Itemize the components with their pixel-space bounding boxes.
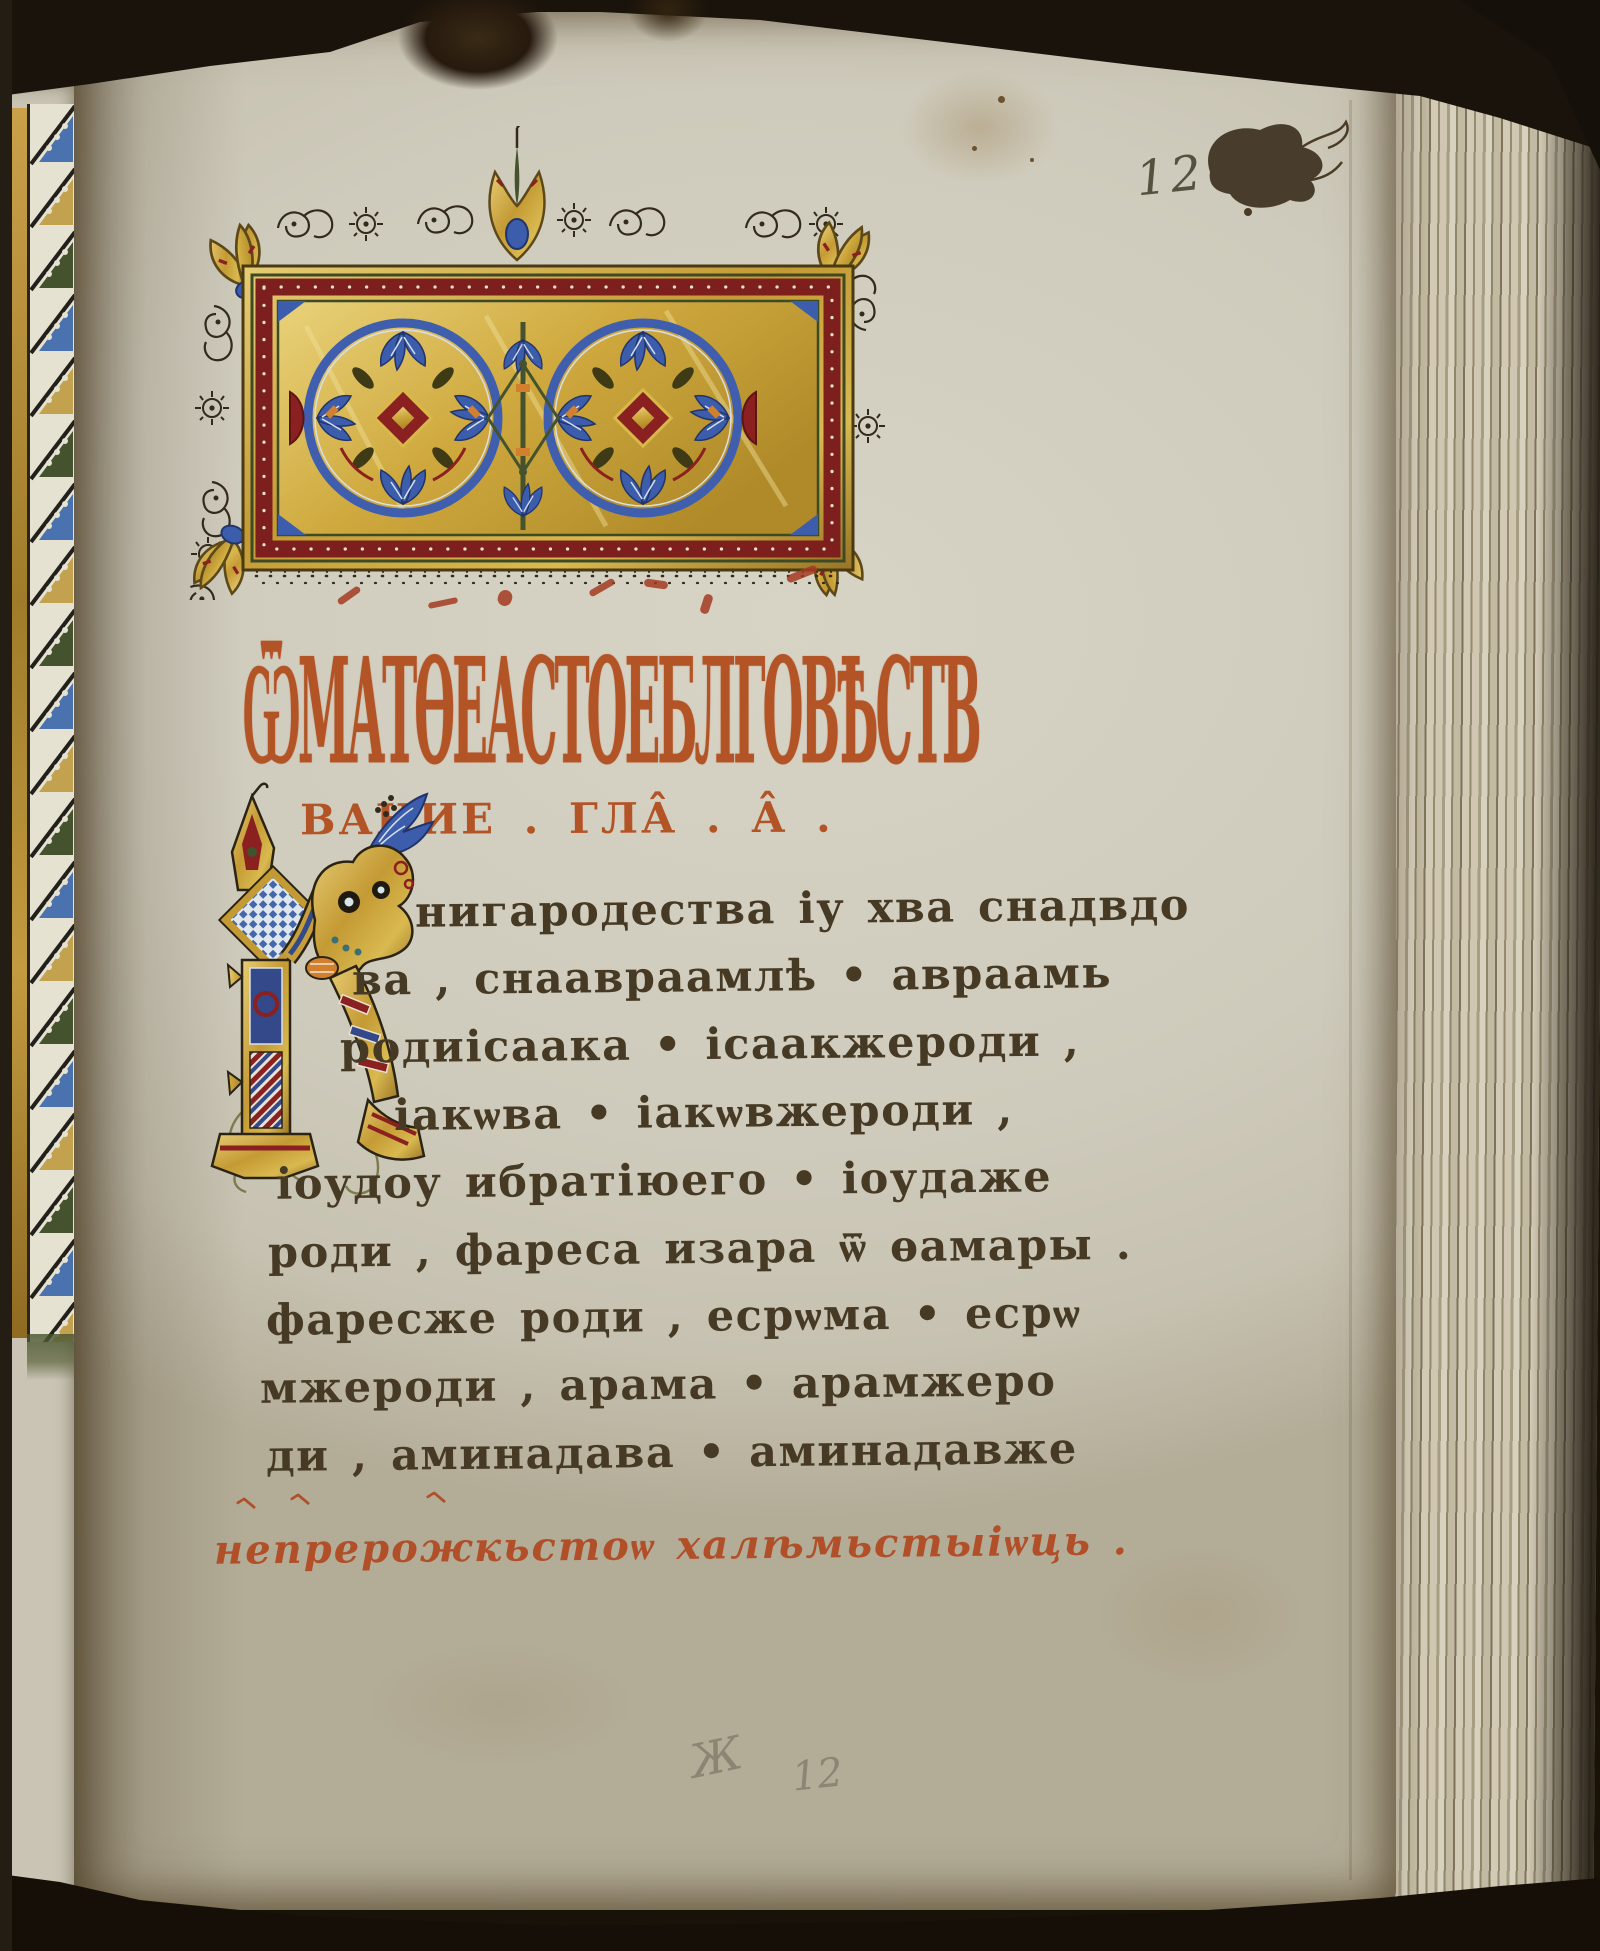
page-crease [1349, 100, 1352, 1880]
pencil-mark: Ж [685, 1725, 747, 1789]
ink-speck [972, 146, 977, 151]
parchment-stain [900, 70, 1060, 185]
gospel-title-text: ѾМАТѲЕАСТОЕБЛГОВѢСТВ [242, 626, 979, 799]
body-line: ва , снаавраамлѣ • авраамь [352, 948, 1113, 1005]
photo-background-left [0, 0, 12, 1951]
headpiece-panel [243, 266, 853, 570]
pen-flower [375, 795, 397, 817]
body-line: фаресже роди , есрѡма • есрѡ [266, 1288, 1082, 1346]
body-line: мжероди , арама • арамжеро [260, 1356, 1057, 1414]
body-line: родиісаака • ісаакжероди , [340, 1016, 1081, 1073]
manuscript-photo: ѾМАТѲЕАСТОЕБЛГОВѢСТВ ВАНИЕ . ГЛА̂ . А̂ . [0, 0, 1600, 1951]
top-finial-leaf [490, 126, 545, 260]
illuminated-headpiece [186, 126, 890, 600]
body-line: роди , фареса изара ѿ ѳамары . [268, 1220, 1133, 1278]
body-line: іакѡва • іакѡвжероди , [394, 1085, 1014, 1141]
pencil-mark: 12 [790, 1749, 845, 1800]
ink-speck [998, 96, 1005, 103]
body-line: ди , аминадава • аминадавже [266, 1424, 1078, 1482]
headpiece-fringe [256, 572, 842, 583]
rubric-line: непрерожкьстоѡ халѣмьстыіѡць . [214, 1517, 1129, 1574]
facing-page-triangle-border [27, 104, 79, 1342]
facing-page-gold-band [12, 108, 27, 1338]
ink-speck [1030, 158, 1034, 162]
facing-page-border-end [27, 1334, 77, 1380]
ink-blot [1190, 112, 1370, 242]
body-line: нигародества іу хва снадвдо [415, 880, 1190, 937]
gospel-title-vyaz: ѾМАТѲЕАСТОЕБЛГОВѢСТВ [242, 626, 812, 796]
body-line: іоудоу ибратіюего • іоудаже [276, 1152, 1053, 1209]
beast-head [312, 794, 433, 977]
foxing-stain [360, 1640, 640, 1770]
